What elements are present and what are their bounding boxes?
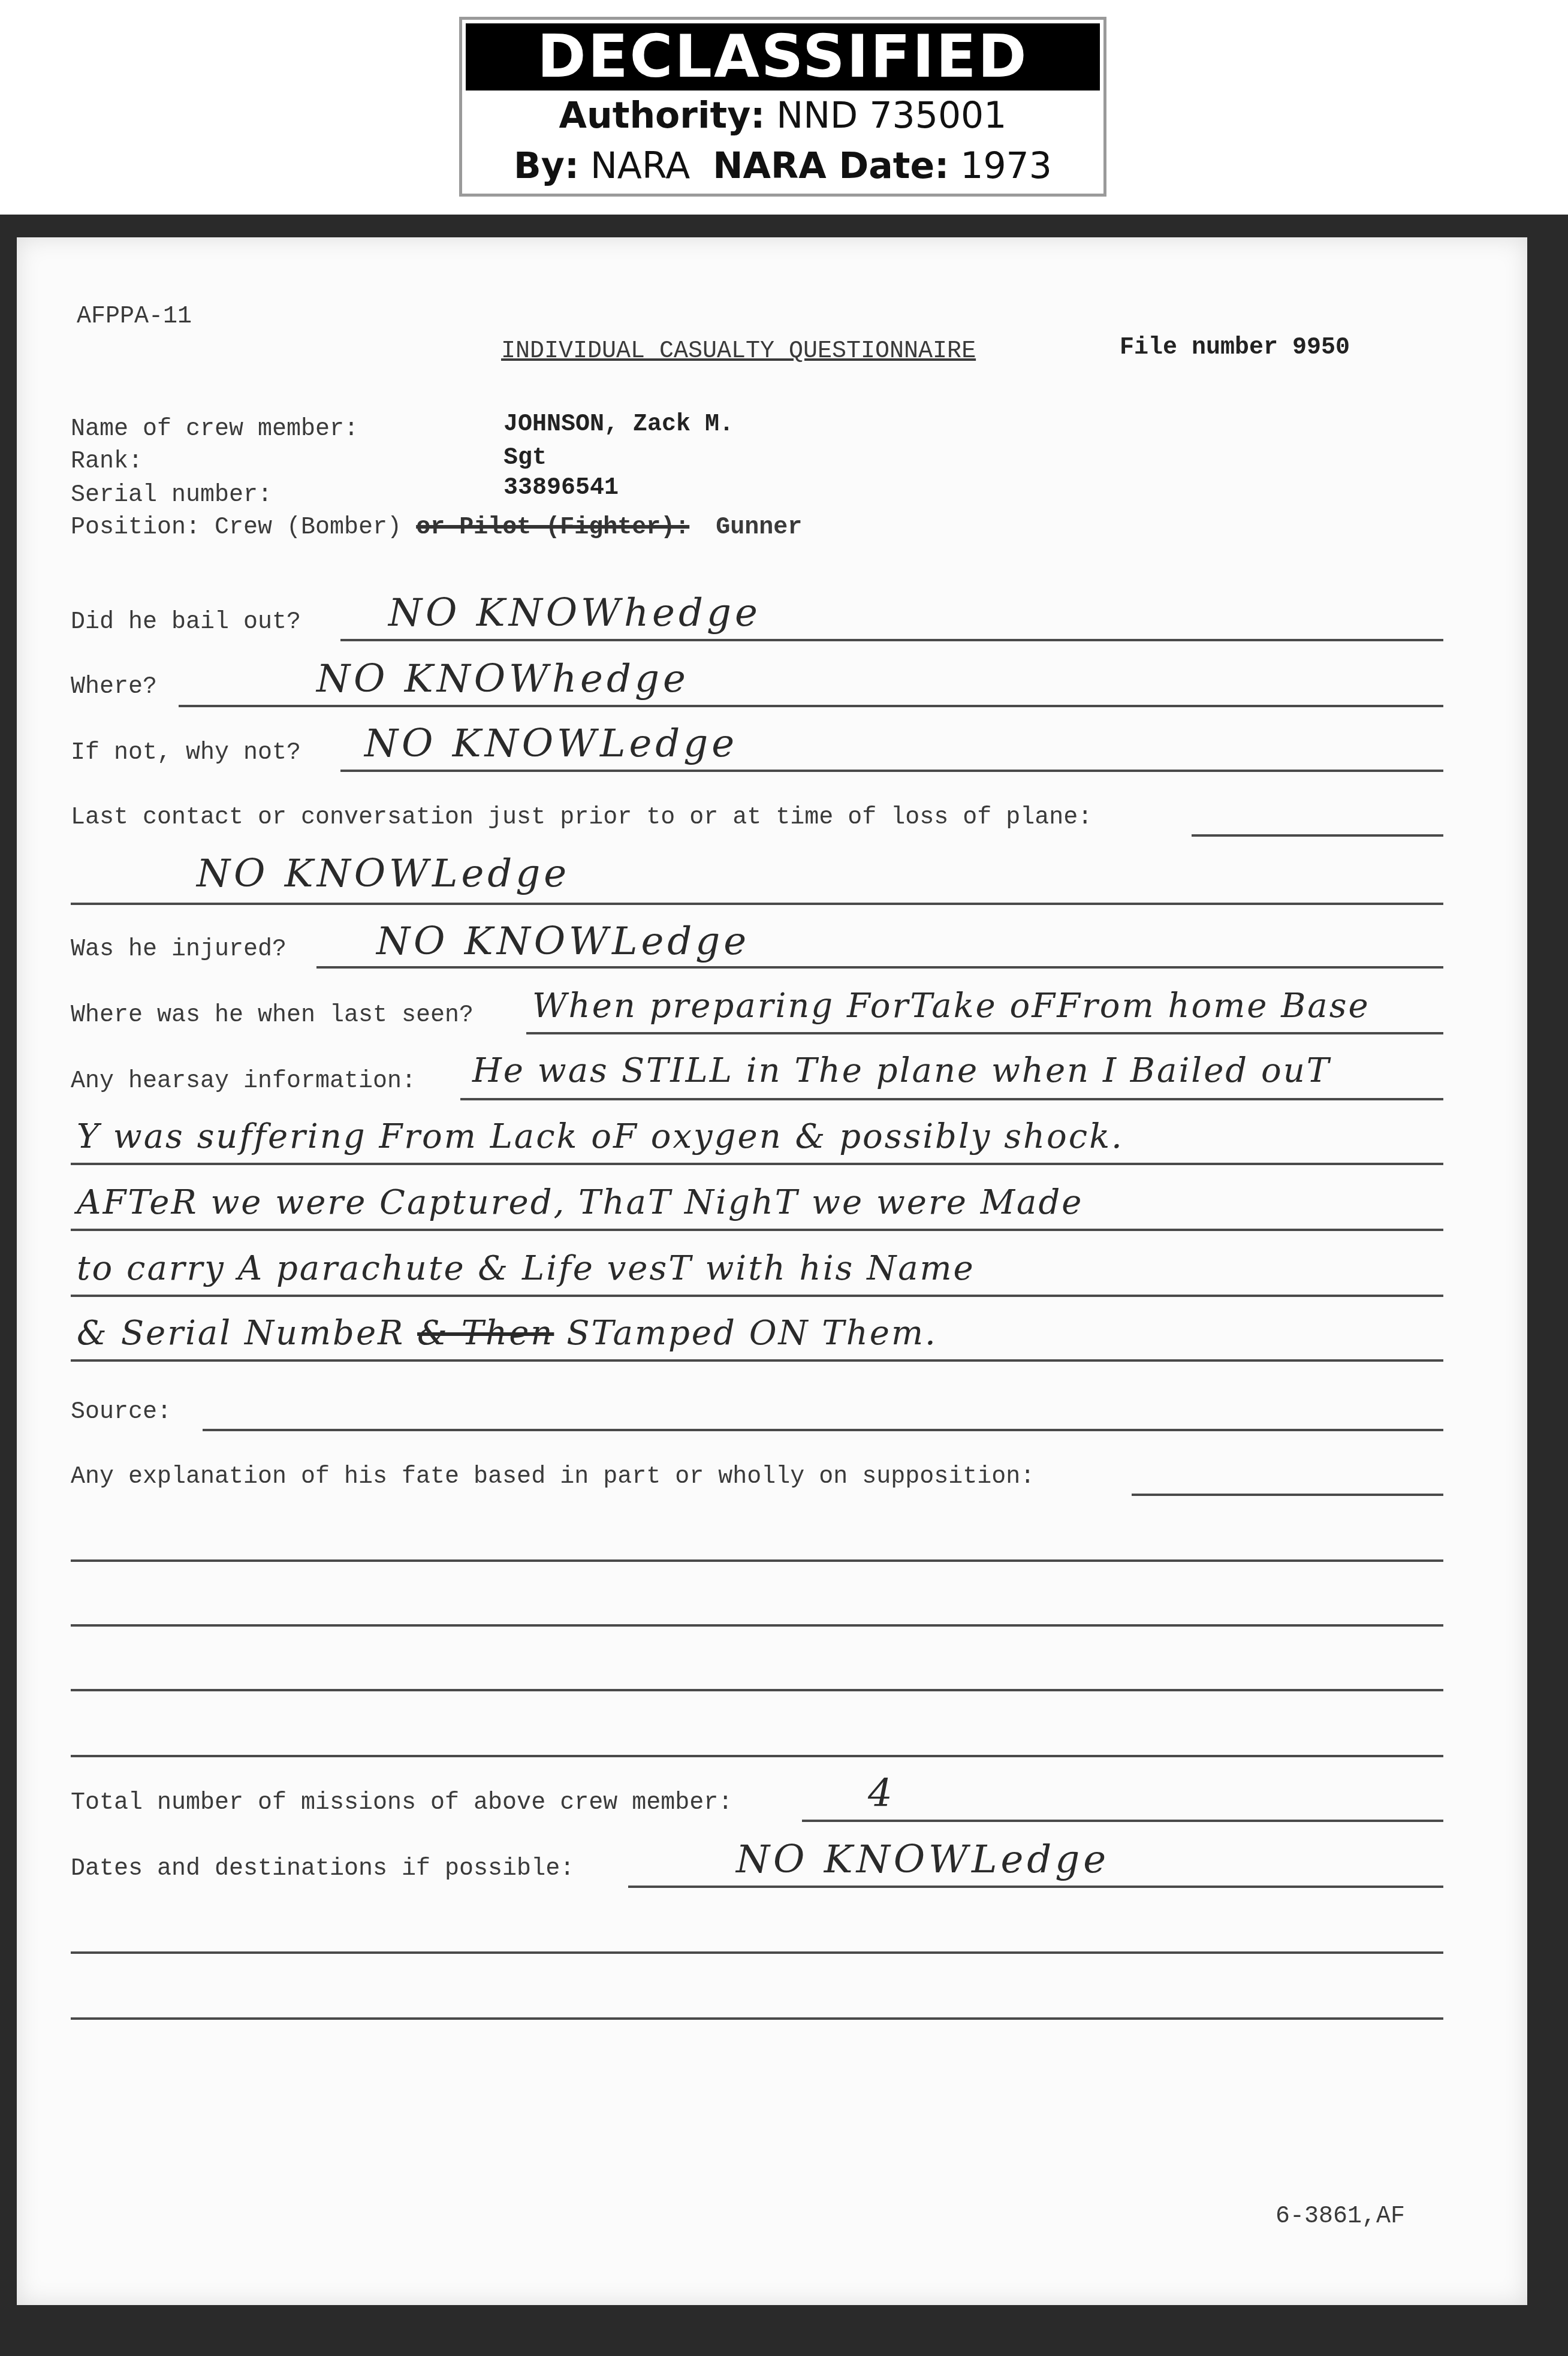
- serial-value: 33896541: [503, 475, 619, 502]
- where-label: Where?: [71, 674, 157, 701]
- form-id: AFPPA-11: [77, 303, 192, 330]
- hearsay-text-4: to carry A parachute & Life vesT with hi…: [77, 1249, 975, 1288]
- stamp-banner: DECLASSIFIED: [466, 23, 1100, 91]
- file-number: File number 9950: [1120, 334, 1350, 361]
- explanation-line-4: [71, 1689, 1443, 1691]
- dates-line-3: [71, 2017, 1443, 2020]
- last-contact-line-2: [71, 903, 1443, 905]
- dates-answer: NO KNOWLedge: [736, 1838, 1109, 1882]
- by-value: NARA: [590, 145, 690, 187]
- last-contact-answer: NO KNOWLedge: [197, 852, 570, 896]
- missions-label: Total number of missions of above crew m…: [71, 1790, 732, 1817]
- date-label: NARA Date:: [713, 145, 949, 187]
- hearsay-line5-head: & Serial NumbeR: [77, 1314, 405, 1353]
- authority-label: Authority:: [559, 95, 765, 137]
- form-page: AFPPA-11 INDIVIDUAL CASUALTY QUESTIONNAI…: [17, 237, 1527, 2305]
- explanation-line-1: [1132, 1494, 1443, 1496]
- scanned-document: AFPPA-11 INDIVIDUAL CASUALTY QUESTIONNAI…: [0, 215, 1568, 2356]
- form-title: INDIVIDUAL CASUALTY QUESTIONNAIRE: [501, 338, 976, 365]
- dates-line: [628, 1886, 1443, 1888]
- explanation-line-5: [71, 1755, 1443, 1757]
- name-value: JOHNSON, Zack M.: [503, 411, 734, 438]
- why-not-answer: NO KNOWLedge: [364, 722, 738, 766]
- missions-line: [802, 1820, 1443, 1822]
- bail-out-label: Did he bail out?: [71, 609, 301, 636]
- hearsay-line-5: [71, 1359, 1443, 1362]
- last-seen-line: [526, 1032, 1443, 1034]
- file-number-label: File number: [1120, 334, 1278, 361]
- explanation-line-2: [71, 1559, 1443, 1562]
- position-value: Gunner: [716, 514, 802, 541]
- hearsay-line-1: [460, 1098, 1443, 1100]
- last-contact-label: Last contact or conversation just prior …: [71, 804, 1092, 831]
- hearsay-line-3: [71, 1229, 1443, 1231]
- why-not-label: If not, why not?: [71, 740, 301, 767]
- position-row: Position: Crew (Bomber) or Pilot (Fighte…: [71, 514, 802, 541]
- source-label: Source:: [71, 1399, 171, 1426]
- position-struck: or Pilot (Fighter):: [416, 514, 689, 541]
- missions-answer: 4: [868, 1772, 896, 1816]
- hearsay-line-2: [71, 1163, 1443, 1165]
- hearsay-label: Any hearsay information:: [71, 1068, 416, 1095]
- declassified-stamp: DECLASSIFIED Authority: NND 735001 By: N…: [459, 17, 1106, 197]
- source-line: [203, 1429, 1443, 1431]
- explanation-label: Any explanation of his fate based in par…: [71, 1464, 1035, 1491]
- injured-answer: NO KNOWLedge: [376, 919, 750, 964]
- where-line: [179, 705, 1443, 707]
- stamp-authority: Authority: NND 735001: [462, 91, 1103, 141]
- injured-label: Was he injured?: [71, 936, 287, 963]
- date-value: 1973: [960, 145, 1052, 187]
- bail-out-answer: NO KNOWhedge: [388, 591, 761, 635]
- form-code: 6-3861,AF: [1275, 2203, 1405, 2230]
- dates-line-2: [71, 1951, 1443, 1954]
- file-number-value: 9950: [1292, 334, 1350, 361]
- where-answer: NO KNOWhedge: [316, 657, 689, 701]
- injured-line: [316, 966, 1443, 969]
- authority-value: NND 735001: [776, 95, 1006, 137]
- hearsay-text-1: He was STILL in The plane when I Bailed …: [472, 1051, 1331, 1090]
- rank-label: Rank:: [71, 448, 143, 475]
- last-contact-line-1: [1192, 834, 1443, 837]
- hearsay-struck: & Then: [417, 1314, 554, 1353]
- last-seen-answer: When preparing ForTake oFFrom home Base: [532, 987, 1370, 1025]
- hearsay-text-3: AFTeR we were Captured, ThaT NighT we we…: [77, 1183, 1083, 1222]
- rank-value: Sgt: [503, 445, 547, 472]
- hearsay-text-5: & Serial NumbeR & Then STamped ON Them.: [77, 1314, 937, 1353]
- why-not-line: [340, 770, 1443, 772]
- bail-out-line: [340, 639, 1443, 641]
- by-label: By:: [514, 145, 579, 187]
- hearsay-line5-tail: STamped ON Them.: [566, 1314, 937, 1353]
- stamp-by-date: By: NARA NARA Date: 1973: [462, 141, 1103, 191]
- name-label: Name of crew member:: [71, 416, 358, 443]
- dates-label: Dates and destinations if possible:: [71, 1856, 574, 1883]
- hearsay-text-2: Y was suffering From Lack oF oxygen & po…: [77, 1117, 1124, 1156]
- serial-label: Serial number:: [71, 482, 272, 509]
- explanation-line-3: [71, 1624, 1443, 1627]
- last-seen-label: Where was he when last seen?: [71, 1002, 474, 1029]
- position-prefix: Crew (Bomber): [215, 514, 402, 541]
- hearsay-line-4: [71, 1295, 1443, 1297]
- position-label: Position:: [71, 514, 200, 541]
